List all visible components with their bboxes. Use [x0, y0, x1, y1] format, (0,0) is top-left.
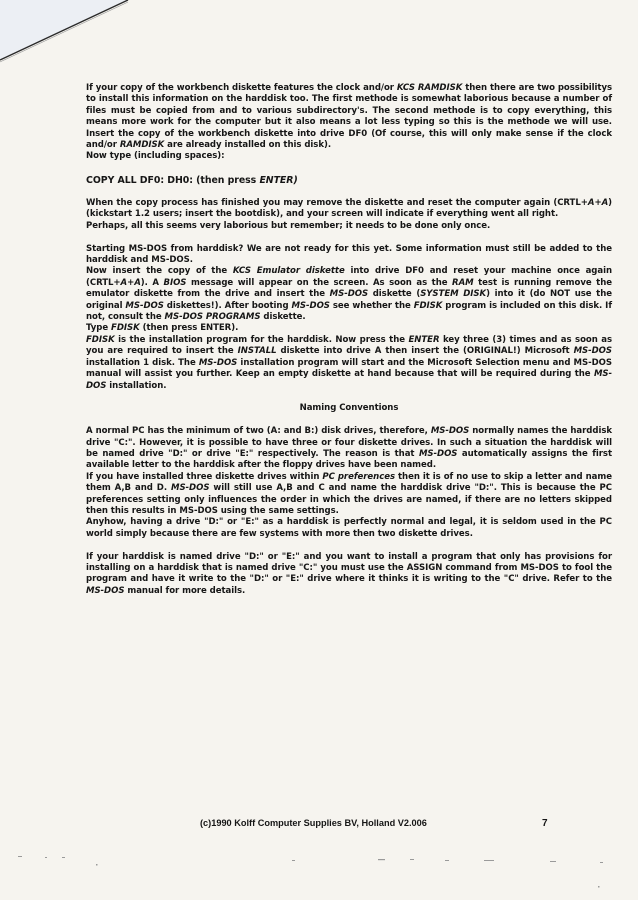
emphasis-text: MS-DOS PROGRAMS	[165, 312, 261, 322]
emphasis-text: MS-DOS	[86, 369, 612, 390]
emphasis-text: KCS RAMDISK	[397, 83, 462, 93]
emphasis-text: MS-DOS	[199, 358, 237, 368]
paragraph-type-instruction: Now type (including spaces):	[86, 151, 612, 162]
paragraph-copy-finished: When the copy process has finished you m…	[86, 198, 612, 221]
paragraph-starting-msdos: Starting MS-DOS from harddisk? We are no…	[86, 244, 612, 267]
emphasis-text: FDISK	[414, 301, 443, 311]
emphasis-text: MS-DOS	[125, 301, 163, 311]
emphasis-text: INSTALL	[238, 346, 277, 356]
emphasis-text: MS-DOS	[574, 346, 612, 356]
document-page: If your copy of the workbench diskette f…	[86, 83, 612, 597]
emphasis-text: MS-DOS	[330, 289, 368, 299]
emphasis-text: SYSTEM DISK	[420, 289, 486, 299]
emphasis-text: MS-DOS	[419, 449, 457, 459]
emphasis-text: BIOS	[164, 278, 187, 288]
folded-corner-shadow	[0, 0, 140, 70]
section-heading-naming-conventions: Naming Conventions	[86, 403, 612, 414]
emphasis-text: PC preferences	[322, 472, 395, 482]
emphasis-text: RAM	[452, 278, 474, 288]
paragraph-fdisk-description: FDISK is the installation program for th…	[86, 335, 612, 392]
emphasis-text: A	[588, 198, 595, 208]
emphasis-text: A	[134, 278, 141, 288]
emphasis-text: MS-DOS	[86, 586, 124, 596]
page-number: 7	[542, 818, 548, 829]
emphasis-text: A	[121, 278, 128, 288]
emphasis-text: FDISK	[86, 335, 115, 345]
emphasis-text: RAMDISK	[120, 140, 164, 150]
emphasis-text: FDISK	[111, 323, 140, 333]
emphasis-text: MS-DOS	[431, 426, 469, 436]
paragraph-emulator-instructions: Now insert the copy of the KCS Emulator …	[86, 266, 612, 323]
emphasis-text: MS-DOS	[291, 301, 329, 311]
emphasis-text: A	[602, 198, 609, 208]
emphasis-text: MS-DOS	[171, 483, 209, 493]
emphasis-text: KCS Emulator diskette	[233, 266, 345, 276]
emphasis-text: ENTER	[408, 335, 439, 345]
paragraph-assign-command: If your harddisk is named drive "D:" or …	[86, 552, 612, 598]
emphasis-text: ENTER)	[259, 175, 297, 186]
paragraph-anyhow: Anyhow, having a drive "D:" or "E:" as a…	[86, 517, 612, 540]
paragraph-type-fdisk: Type FDISK (then press ENTER).	[86, 323, 612, 334]
footer-copyright: (c)1990 Kolff Computer Supplies BV, Holl…	[200, 818, 427, 828]
scan-specks	[0, 850, 638, 890]
paragraph-pc-preferences: If you have installed three diskette dri…	[86, 472, 612, 518]
paragraph-laborious-note: Perhaps, all this seems very laborious b…	[86, 221, 612, 232]
paragraph-workbench-intro: If your copy of the workbench diskette f…	[86, 83, 612, 151]
copy-command: COPY ALL DF0: DH0: (then press ENTER)	[86, 175, 612, 186]
paragraph-normal-pc-drives: A normal PC has the minimum of two (A: a…	[86, 426, 612, 472]
